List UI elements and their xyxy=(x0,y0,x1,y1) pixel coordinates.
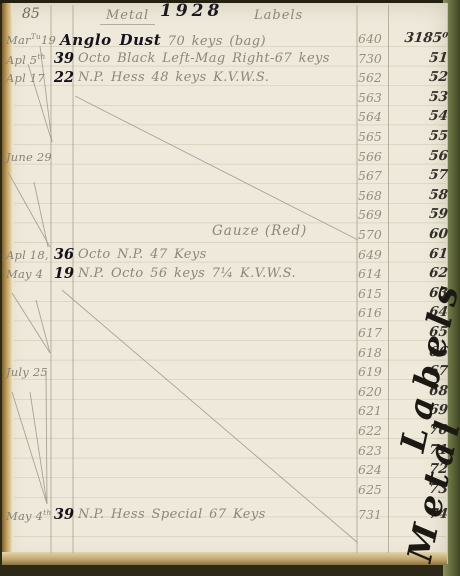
description-cell: N.P. Hess 48 keys K.V.W.S. xyxy=(78,69,269,85)
ledger-row: 56757 xyxy=(2,167,447,187)
serial-number-cell: 3185⁰ xyxy=(391,30,452,46)
ledger-row: 62068 xyxy=(2,383,447,403)
stock-number-cell: 564 xyxy=(358,108,388,124)
stock-number-cell: 624 xyxy=(358,461,388,477)
ledger-row: 61664 xyxy=(2,304,447,324)
ledger-row: 56858 xyxy=(2,187,447,207)
header-year: 1928 xyxy=(160,1,223,21)
entry-number-cell: 39 xyxy=(52,506,76,523)
date-cell: June 29 xyxy=(6,148,52,164)
date-cell: MarTu19 xyxy=(6,30,52,47)
date-cell: July 25 xyxy=(6,363,52,379)
ledger-row: 62472 xyxy=(2,461,447,481)
ledger-row: May 4th39N.P. Hess Special 67 Keys73174 xyxy=(2,506,447,526)
entry-number-cell: 19 xyxy=(52,265,76,282)
ledger-row: 61765 xyxy=(2,324,447,344)
header-word-labels: Labels xyxy=(254,8,303,23)
serial-number-cell: 61 xyxy=(391,246,452,262)
gauze-note: Gauze (Red) xyxy=(212,223,307,239)
page-number: 85 xyxy=(22,6,40,22)
stock-number-cell: 567 xyxy=(358,167,388,183)
serial-number-cell: 55 xyxy=(391,128,452,144)
stock-number-cell: 566 xyxy=(358,148,388,164)
stock-number-cell: 618 xyxy=(358,344,388,360)
ledger-row: 62371 xyxy=(2,442,447,462)
header-word-metal: Metal xyxy=(100,8,155,25)
stock-number-cell: 730 xyxy=(358,50,388,66)
serial-number-cell: 57 xyxy=(391,167,452,183)
serial-number-cell: 60 xyxy=(391,226,452,242)
stock-number-cell: 614 xyxy=(358,265,388,281)
stock-number-cell: 625 xyxy=(358,481,388,497)
ledger-row: 61866 xyxy=(2,344,447,364)
ledger-row: 56454 xyxy=(2,108,447,128)
stock-number-cell: 563 xyxy=(358,89,388,105)
stock-number-cell: 619 xyxy=(358,363,388,379)
stock-number-cell: 620 xyxy=(358,383,388,399)
date-cell: May 4 xyxy=(6,265,52,281)
stock-number-cell: 568 xyxy=(358,187,388,203)
date-cell: Apl 18, xyxy=(6,246,52,262)
stock-number-cell: 622 xyxy=(358,422,388,438)
stock-number-cell: 621 xyxy=(358,402,388,418)
ledger-row: May 419N.P. Octo 56 keys 7¼ K.V.W.S.6146… xyxy=(2,265,447,285)
date-cell: Apl 17 xyxy=(6,69,52,85)
ledger-row: 62169 xyxy=(2,402,447,422)
stock-number-cell: 623 xyxy=(358,442,388,458)
ledger-row: MarTu19Anglo Dust 70 keys (bag)6403185⁰ xyxy=(2,30,447,50)
serial-number-cell: 58 xyxy=(391,187,452,203)
description-cell: Octo N.P. 47 Keys xyxy=(78,246,207,262)
ledger-row: Apl 18,36Octo N.P. 47 Keys64961 xyxy=(2,246,447,266)
ledger-row: July 2561967 xyxy=(2,363,447,383)
stock-number-cell: 569 xyxy=(358,206,388,222)
stock-number-cell: 640 xyxy=(358,30,388,46)
serial-number-cell: 52 xyxy=(391,69,452,85)
serial-number-cell: 51 xyxy=(391,50,452,66)
ledger-row: Apl 5th39Octo Black Left-Mag Right-67 ke… xyxy=(2,50,447,70)
serial-number-cell: 56 xyxy=(391,148,452,164)
entry-number-cell: 36 xyxy=(52,246,76,263)
stock-number-cell: 615 xyxy=(358,285,388,301)
serial-number-cell: 54 xyxy=(391,108,452,124)
stock-number-cell: 565 xyxy=(358,128,388,144)
stock-number-cell: 649 xyxy=(358,246,388,262)
stock-number-cell: 570 xyxy=(358,226,388,242)
stock-number-cell: 731 xyxy=(358,506,388,522)
ledger-row: Apl 1722N.P. Hess 48 keys K.V.W.S.56252 xyxy=(2,69,447,89)
stock-number-cell: 617 xyxy=(358,324,388,340)
ledger-row: 56353 xyxy=(2,89,447,109)
date-cell: May 4th xyxy=(6,506,52,523)
ledger-row: 61563 xyxy=(2,285,447,305)
ledger-row: 62573 xyxy=(2,481,447,501)
serial-number-cell: 59 xyxy=(391,206,452,222)
ledger-row: 62270 xyxy=(2,422,447,442)
stock-number-cell: 562 xyxy=(358,69,388,85)
description-cell: Octo Black Left-Mag Right-67 keys xyxy=(78,50,330,66)
entry-number-cell: 39 xyxy=(52,50,76,67)
description-cell: N.P. Hess Special 67 Keys xyxy=(78,506,266,522)
serial-number-cell: 53 xyxy=(391,89,452,105)
scanned-ledger-page: 85 Metal 1928 Labels MarTu19Anglo Dust 7… xyxy=(0,0,460,576)
ledger-row: 56555 xyxy=(2,128,447,148)
date-cell: Apl 5th xyxy=(6,50,52,67)
description-cell: N.P. Octo 56 keys 7¼ K.V.W.S. xyxy=(78,265,296,281)
page-content: 85 Metal 1928 Labels MarTu19Anglo Dust 7… xyxy=(0,0,460,576)
ledger-row: June 2956656 xyxy=(2,148,447,168)
stock-number-cell: 616 xyxy=(358,304,388,320)
ledger-row: Gauze (Red)57060 xyxy=(2,226,447,246)
entry-number-cell: 22 xyxy=(52,69,76,86)
description-cell: Anglo Dust 70 keys (bag) xyxy=(60,30,266,49)
